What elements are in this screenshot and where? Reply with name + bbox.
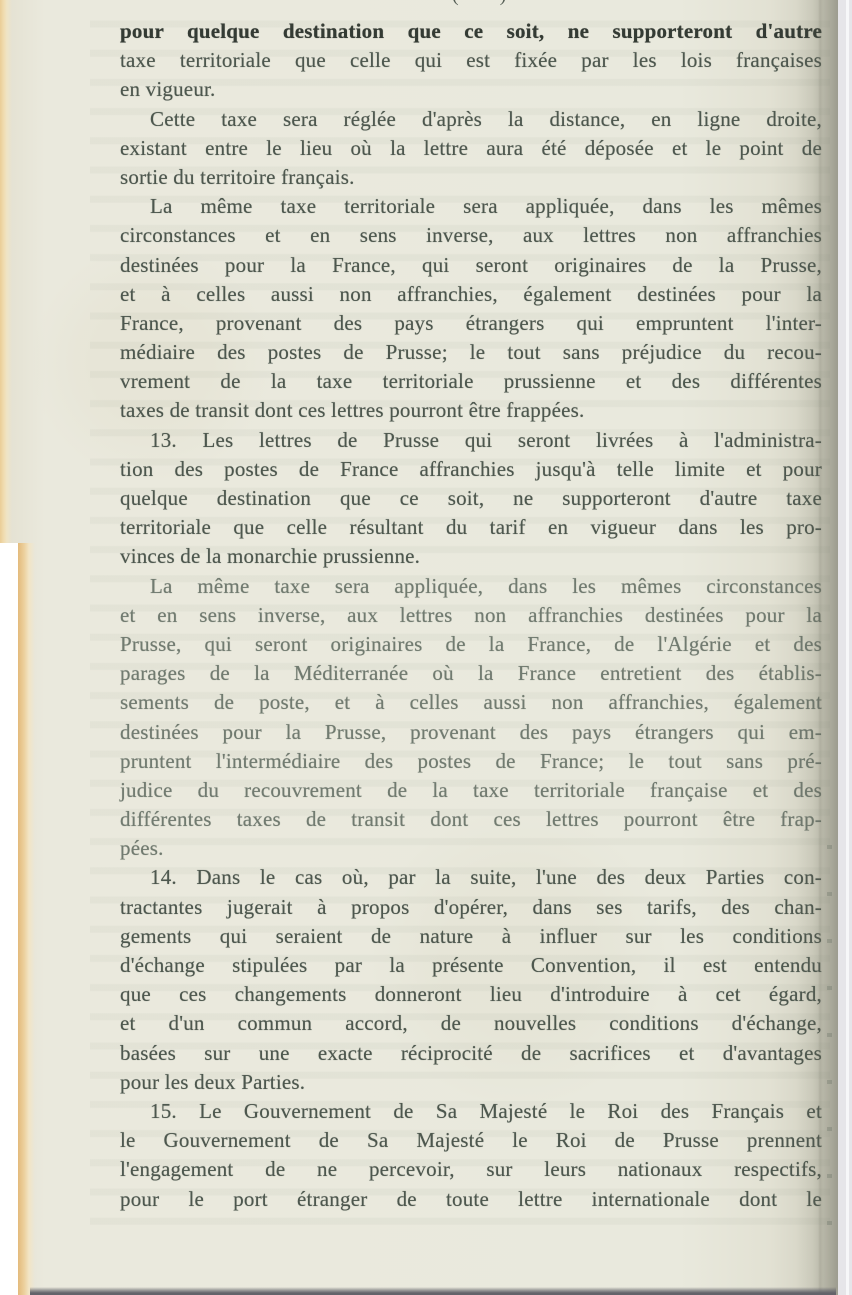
text-line: médiaire des postes de Prusse; le tout s… [120, 338, 822, 367]
text-line: 15. Le Gouvernement de Sa Majesté le Roi… [120, 1097, 822, 1126]
text-line: parages de la Méditerranée où la France … [120, 659, 822, 688]
text-line: existant entre le lieu où la lettre aura… [120, 134, 822, 163]
text-line: et d'un commun accord, de nouvelles cond… [120, 1009, 822, 1038]
text-line: La même taxe sera appliquée, dans les mê… [120, 572, 822, 601]
text-line: pour quelque destination que ce soit, ne… [120, 17, 822, 46]
text-line: 14. Dans le cas où, par la suite, l'une … [120, 863, 822, 892]
text-line: La même taxe territoriale sera appliquée… [120, 192, 822, 221]
ink-bleed-marks [827, 845, 832, 1265]
text-line: pées. [120, 834, 822, 863]
text-line: basées sur une exacte réciprocité de sac… [120, 1039, 822, 1068]
text-line: et en sens inverse, aux lettres non affr… [120, 601, 822, 630]
text-line: et à celles aussi non affranchies, égale… [120, 280, 822, 309]
text-line: Prusse, qui seront originaires de la Fra… [120, 630, 822, 659]
text-line: tractantes jugerait à propos d'opérer, d… [120, 893, 822, 922]
text-line: destinées pour la France, qui seront ori… [120, 251, 822, 280]
text-line: tion des postes de France affranchies ju… [120, 455, 822, 484]
text-line: différentes taxes de transit dont ces le… [120, 805, 822, 834]
text-line: l'engagement de ne percevoir, sur leurs … [120, 1155, 822, 1184]
text-line: territoriale que celle résultant du tari… [120, 513, 822, 542]
text-line: pruntent l'intermédiaire des postes de F… [120, 747, 822, 776]
text-line: taxes de transit dont ces lettres pourro… [120, 396, 822, 425]
text-line: en vigueur. [120, 75, 822, 104]
text-line: 13. Les lettres de Prusse qui seront liv… [120, 426, 822, 455]
text-line: le Gouvernement de Sa Majesté le Roi de … [120, 1126, 822, 1155]
page-text: pour quelque destination que ce soit, ne… [120, 17, 822, 1214]
text-line: destinées pour la Prusse, provenant des … [120, 718, 822, 747]
page-edge-bottom-left [18, 543, 35, 1295]
scanned-page: ( ) pour quelque destination que ce soit… [0, 0, 852, 1295]
text-line: sements de poste, et à celles aussi non … [120, 688, 822, 717]
scanner-background-gutter [838, 0, 852, 1295]
text-line: France, provenant des pays étrangers qui… [120, 309, 822, 338]
text-line: vinces de la monarchie prussienne. [120, 542, 822, 571]
page-separation-line [846, 0, 849, 1295]
text-line: quelque destination que ce soit, ne supp… [120, 484, 822, 513]
text-line: vrement de la taxe territoriale prussien… [120, 367, 822, 396]
text-line: circonstances et en sens inverse, aux le… [120, 221, 822, 250]
text-line: gements qui seraient de nature à influer… [120, 922, 822, 951]
text-line: sortie du territoire français. [120, 163, 822, 192]
white-paper-strip [0, 543, 18, 1295]
text-line: pour les deux Parties. [120, 1068, 822, 1097]
book-page-paper: ( ) pour quelque destination que ce soit… [0, 0, 838, 1295]
text-line: taxe territoriale que celle qui est fixé… [120, 46, 822, 75]
scan-bottom-edge [30, 1287, 836, 1295]
page-number-fragment: ( ) [452, 0, 511, 10]
text-line: que ces changements donneront lieu d'int… [120, 980, 822, 1009]
text-line: d'échange stipulées par la présente Conv… [120, 951, 822, 980]
text-line: pour le port étranger de toute lettre in… [120, 1185, 822, 1214]
text-line: judice du recouvrement de la taxe territ… [120, 776, 822, 805]
page-edge-top-left [0, 0, 12, 545]
text-line: Cette taxe sera réglée d'après la distan… [120, 105, 822, 134]
